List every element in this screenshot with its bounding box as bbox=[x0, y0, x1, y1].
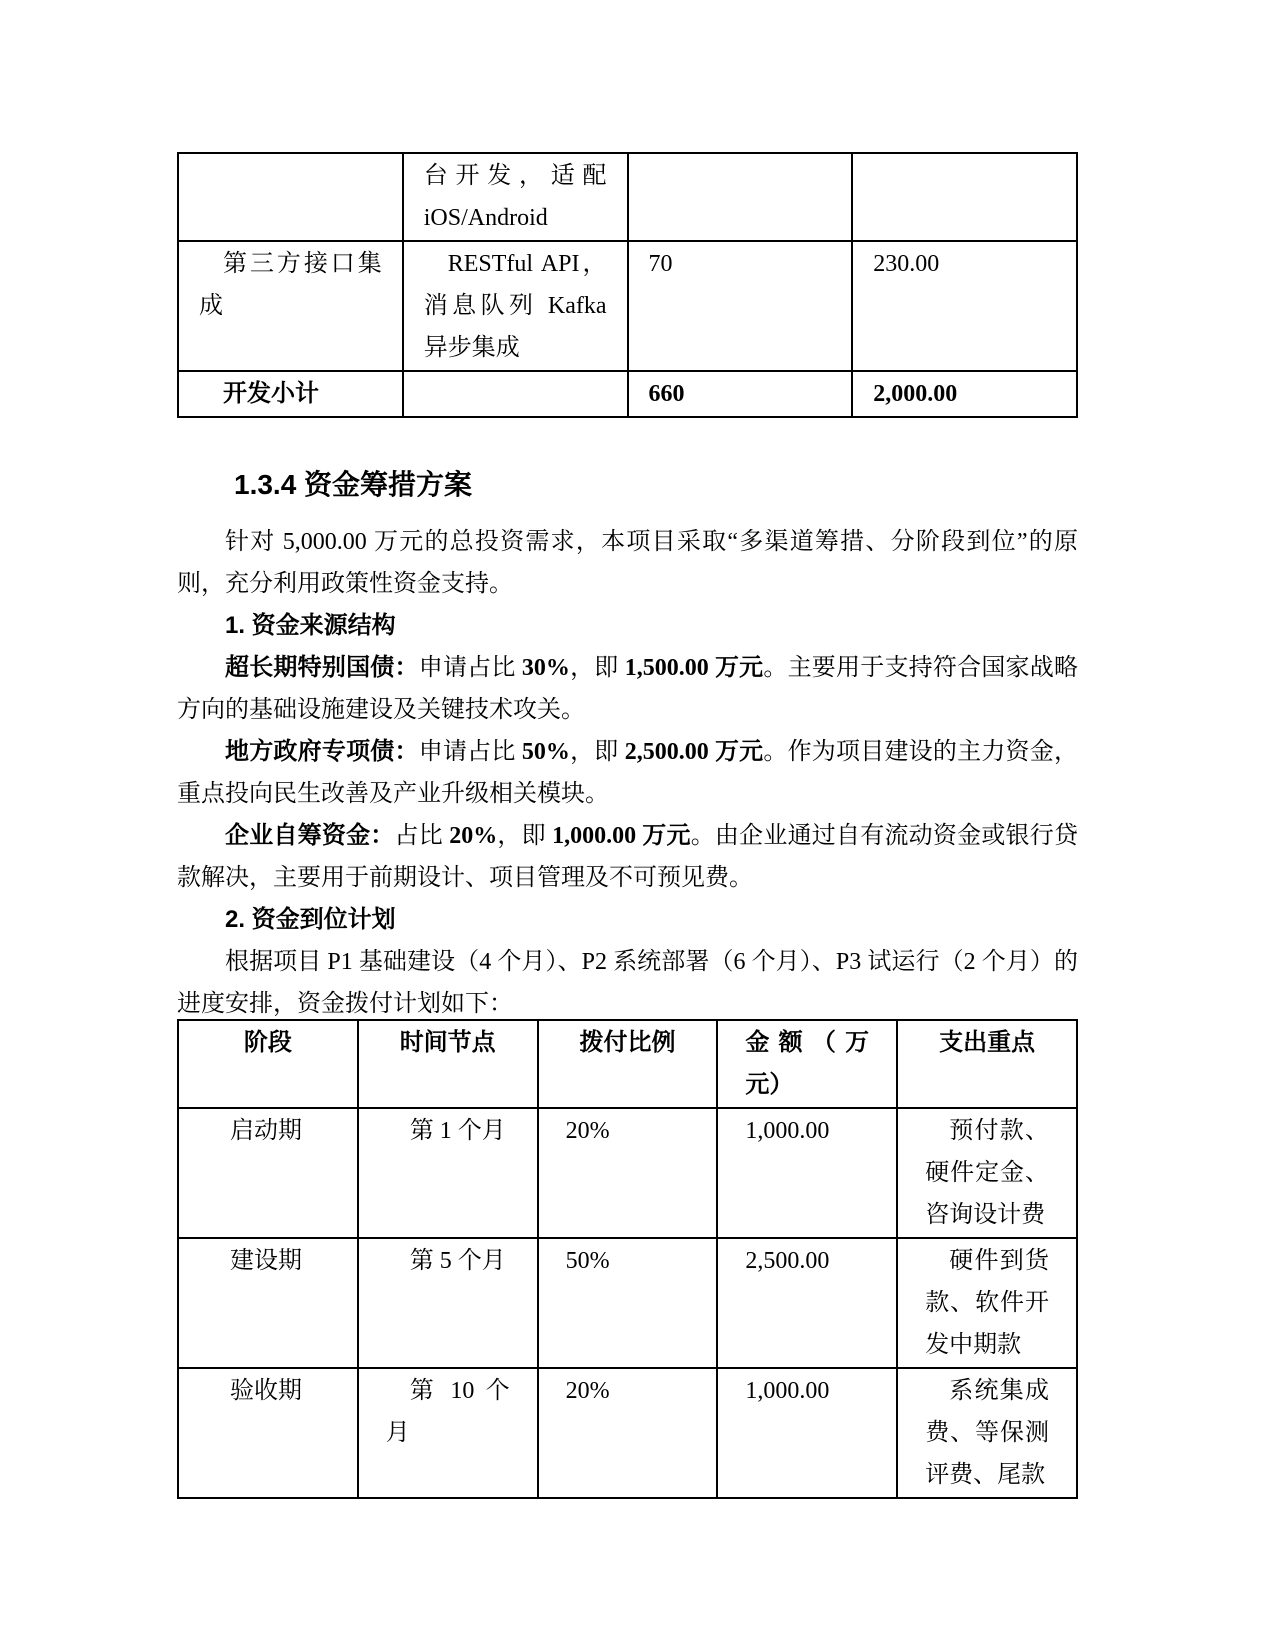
text: ，即 bbox=[570, 655, 625, 681]
text: 申请占比 bbox=[419, 739, 522, 765]
table-cell: 20% bbox=[538, 1368, 718, 1498]
table-cell: 建设期 bbox=[178, 1238, 358, 1368]
bold-text: 1,000.00 万元 bbox=[552, 823, 691, 849]
table-cell bbox=[628, 153, 853, 241]
table-cell: 2,500.00 bbox=[717, 1238, 897, 1368]
table-cell: 230.00 bbox=[852, 241, 1077, 371]
list-item-heading: 2. 资金到位计划 bbox=[177, 899, 1078, 941]
bold-text: 1,500.00 万元 bbox=[625, 655, 764, 681]
table-cell: 硬件到货款、软件开发中期款 bbox=[897, 1238, 1077, 1368]
table-cell: 第 5 个月 bbox=[358, 1238, 538, 1368]
table-cell: 开发小计 bbox=[178, 371, 403, 417]
table-row: 阶段时间节点拨付比例金额（万元）支出重点 bbox=[178, 1020, 1077, 1108]
bold-text: 地方政府专项债： bbox=[225, 739, 419, 765]
table-cell: 验收期 bbox=[178, 1368, 358, 1498]
text: 申请占比 bbox=[419, 655, 522, 681]
table-cell: 拨付比例 bbox=[538, 1020, 718, 1108]
list-item-heading: 1. 资金来源结构 bbox=[177, 605, 1078, 647]
text: 2. 资金到位计划 bbox=[225, 906, 396, 933]
text: ，即 bbox=[570, 739, 625, 765]
funding-schedule-table: 阶段时间节点拨付比例金额（万元）支出重点启动期第 1 个月20%1,000.00… bbox=[177, 1019, 1078, 1499]
table-cell bbox=[852, 153, 1077, 241]
bold-text: 2,500.00 万元 bbox=[625, 739, 764, 765]
bold-text: 超长期特别国债： bbox=[225, 655, 419, 681]
table-cell: 1,000.00 bbox=[717, 1108, 897, 1238]
table-cell: 2,000.00 bbox=[852, 371, 1077, 417]
dev-cost-table: 台开发，适配 iOS/Android第三方接口集成RESTful API，消息队… bbox=[177, 152, 1078, 418]
table-cell: 70 bbox=[628, 241, 853, 371]
table-cell: 20% bbox=[538, 1108, 718, 1238]
table-cell: 启动期 bbox=[178, 1108, 358, 1238]
paragraph: 超长期特别国债：申请占比 30%，即 1,500.00 万元。主要用于支持符合国… bbox=[177, 647, 1078, 731]
text: ，即 bbox=[497, 823, 552, 849]
section-heading: 1.3.4 资金筹措方案 bbox=[234, 468, 472, 502]
body-text: 针对 5,000.00 万元的总投资需求，本项目采取“多渠道筹措、分阶段到位”的… bbox=[177, 521, 1078, 1025]
table-cell: 系统集成费、等保测评费、尾款 bbox=[897, 1368, 1077, 1498]
paragraph: 地方政府专项债：申请占比 50%，即 2,500.00 万元。作为项目建设的主力… bbox=[177, 731, 1078, 815]
text: 占比 bbox=[395, 823, 450, 849]
bold-text: 30% bbox=[522, 655, 570, 681]
table-cell: 台开发，适配 iOS/Android bbox=[403, 153, 628, 241]
table-cell: 支出重点 bbox=[897, 1020, 1077, 1108]
page: 台开发，适配 iOS/Android第三方接口集成RESTful API，消息队… bbox=[0, 0, 1275, 1650]
table-cell: 时间节点 bbox=[358, 1020, 538, 1108]
paragraph: 根据项目 P1 基础建设（4 个月）、P2 系统部署（6 个月）、P3 试运行（… bbox=[177, 941, 1078, 1025]
bold-text: 20% bbox=[449, 823, 497, 849]
table-cell: 阶段 bbox=[178, 1020, 358, 1108]
paragraph: 针对 5,000.00 万元的总投资需求，本项目采取“多渠道筹措、分阶段到位”的… bbox=[177, 521, 1078, 605]
table-cell: 预付款、硬件定金、咨询设计费 bbox=[897, 1108, 1077, 1238]
bold-text: 50% bbox=[522, 739, 570, 765]
table-row: 验收期第 10 个月20%1,000.00系统集成费、等保测评费、尾款 bbox=[178, 1368, 1077, 1498]
text: 根据项目 P1 基础建设（4 个月）、P2 系统部署（6 个月）、P3 试运行（… bbox=[177, 949, 1078, 1017]
paragraph: 企业自筹资金：占比 20%，即 1,000.00 万元。由企业通过自有流动资金或… bbox=[177, 815, 1078, 899]
table-cell: 第三方接口集成 bbox=[178, 241, 403, 371]
table-row: 台开发，适配 iOS/Android bbox=[178, 153, 1077, 241]
document-page: { "heading": { "text": "1.3.4 资金筹措方案" },… bbox=[0, 0, 1275, 1650]
table-cell: 660 bbox=[628, 371, 853, 417]
table-cell bbox=[403, 371, 628, 417]
funding-schedule-table-body: 阶段时间节点拨付比例金额（万元）支出重点启动期第 1 个月20%1,000.00… bbox=[178, 1020, 1077, 1498]
text: 1. 资金来源结构 bbox=[225, 612, 396, 639]
dev-cost-table-body: 台开发，适配 iOS/Android第三方接口集成RESTful API，消息队… bbox=[178, 153, 1077, 417]
table-cell: RESTful API，消息队列 Kafka 异步集成 bbox=[403, 241, 628, 371]
table-row: 开发小计6602,000.00 bbox=[178, 371, 1077, 417]
table-cell: 第 10 个月 bbox=[358, 1368, 538, 1498]
table-row: 建设期第 5 个月50%2,500.00硬件到货款、软件开发中期款 bbox=[178, 1238, 1077, 1368]
table-cell: 50% bbox=[538, 1238, 718, 1368]
table-cell: 1,000.00 bbox=[717, 1368, 897, 1498]
table-cell bbox=[178, 153, 403, 241]
bold-text: 企业自筹资金： bbox=[225, 823, 395, 849]
table-cell: 第 1 个月 bbox=[358, 1108, 538, 1238]
table-row: 启动期第 1 个月20%1,000.00预付款、硬件定金、咨询设计费 bbox=[178, 1108, 1077, 1238]
table-row: 第三方接口集成RESTful API，消息队列 Kafka 异步集成70230.… bbox=[178, 241, 1077, 371]
table-cell: 金额（万元） bbox=[717, 1020, 897, 1108]
text: 针对 5,000.00 万元的总投资需求，本项目采取“多渠道筹措、分阶段到位”的… bbox=[177, 529, 1078, 597]
